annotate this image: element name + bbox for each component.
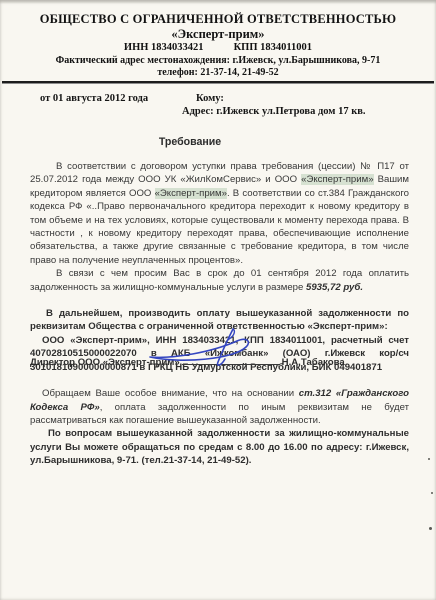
text-segment: 5935,72 руб. — [306, 282, 363, 293]
signature-sweep-stroke — [150, 339, 248, 360]
contact-paragraph: По вопросам вышеуказанной задолженности … — [30, 427, 409, 467]
document-title: Требование — [0, 136, 408, 148]
attention-paragraph: Обращаем Ваше особое внимание, что на ос… — [30, 387, 409, 427]
organization-address: Фактический адрес местонахождения: г.Иже… — [0, 55, 436, 66]
scan-speck — [429, 527, 432, 530]
letterhead-divider — [2, 81, 434, 84]
meta-block: от 01 августа 2012 года Кому: Адрес: г.И… — [0, 92, 436, 120]
document-body: В соответствии с договором уступки права… — [30, 160, 409, 468]
scan-speck — [428, 458, 430, 460]
highlighted-text: «Эксперт-прим» — [301, 174, 373, 185]
cession-paragraph: В соответствии с договором уступки права… — [30, 160, 409, 267]
organization-phone: телефон: 21-37-14, 21-49-52 — [0, 67, 436, 78]
highlighted-text: «Эксперт-прим» — [155, 188, 227, 199]
inn-kpp-row: ИНН 1834033421 КПП 1834011001 — [0, 42, 436, 54]
director-name: Н.А.Табакова — [282, 357, 345, 368]
handwritten-signature — [146, 326, 254, 368]
scan-edge-artifact — [0, 0, 436, 4]
scanned-letter-page: ОБЩЕСТВО С ОГРАНИЧЕННОЙ ОТВЕТСТВЕННОСТЬЮ… — [0, 0, 436, 600]
inn-value: ИНН 1834033421 — [124, 42, 204, 54]
addressee-label: Кому: — [196, 93, 224, 104]
addressee-address: Адрес: г.Ижевск ул.Петрова дом 17 кв. — [182, 106, 366, 117]
demand-paragraph: В связи с чем просим Вас в срок до 01 се… — [30, 267, 409, 294]
text-segment: Обращаем Ваше особое внимание, что на ос… — [42, 388, 299, 399]
organization-type: ОБЩЕСТВО С ОГРАНИЧЕННОЙ ОТВЕТСТВЕННОСТЬЮ — [0, 12, 436, 26]
organization-name: «Эксперт-прим» — [0, 27, 436, 41]
document-date: от 01 августа 2012 года — [40, 93, 148, 104]
kpp-value: КПП 1834011001 — [234, 42, 313, 54]
scan-speck — [431, 492, 433, 494]
letterhead: ОБЩЕСТВО С ОГРАНИЧЕННОЙ ОТВЕТСТВЕННОСТЬЮ… — [0, 0, 436, 78]
text-segment: . В соответствии со ст.384 Гражданского … — [30, 188, 409, 266]
text-segment: По вопросам вышеуказанной задолженности … — [30, 428, 409, 466]
